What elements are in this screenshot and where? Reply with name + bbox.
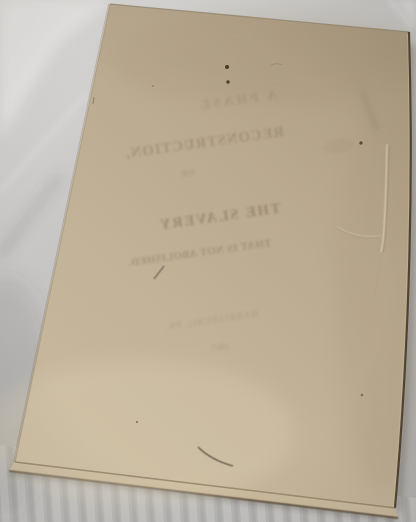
photo-canvas: A PHASE RECONSTRUCTION, OR THE SLAVERY T… (0, 0, 416, 522)
vignette (0, 0, 416, 522)
photo: A PHASE RECONSTRUCTION, OR THE SLAVERY T… (0, 0, 416, 522)
